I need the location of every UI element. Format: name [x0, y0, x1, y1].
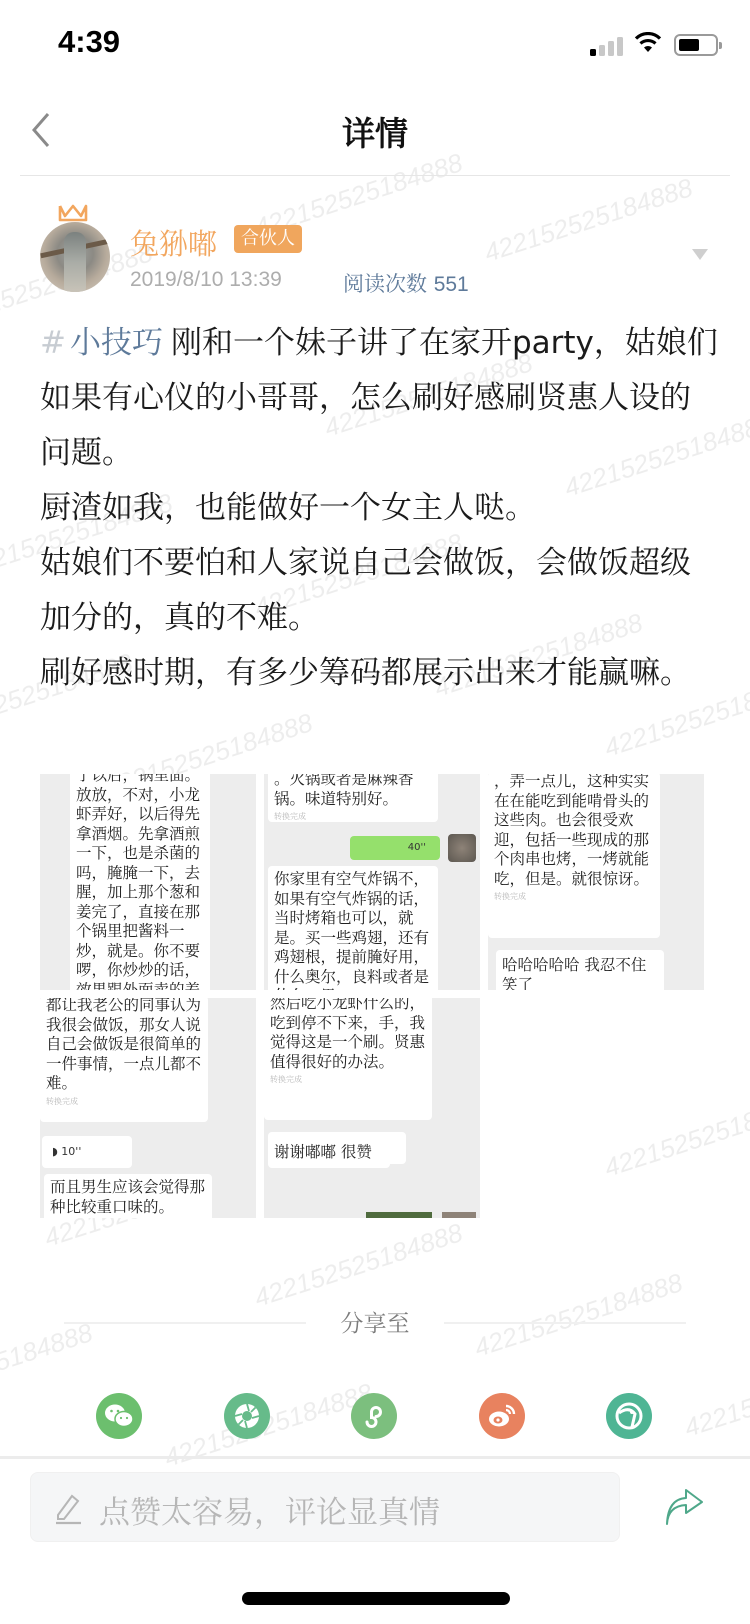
post-paragraph: 厨渣如我，也能做好一个女主人哒。 — [40, 481, 720, 536]
page-title: 详情 — [0, 108, 750, 155]
chat-screenshot-1[interactable]: 了以后，锅里面。放放，不对，小龙虾弄好，以后得先拿酒烟。先拿酒煎一下，也是杀菌的… — [40, 774, 256, 990]
chat-screenshot-3[interactable]: ，弄一点儿，这种实实在在能吃到能啃骨头的这些肉。也会很受欢迎，包括一些现成的那个… — [488, 774, 704, 990]
wechat-icon — [104, 1403, 134, 1429]
post-paragraph: 姑娘们不要怕和人家说自己会做饭，会做饭超级加分的，真的不难。 — [40, 536, 720, 646]
topic-link[interactable]: 小技巧 — [70, 325, 163, 361]
more-options-caret-icon[interactable] — [692, 249, 708, 260]
read-count-label: 阅读次数 — [343, 272, 427, 296]
voice-message-sent: 40'' — [350, 836, 440, 860]
divider — [0, 1456, 750, 1459]
mini-program-icon — [361, 1402, 387, 1430]
divider — [20, 175, 730, 176]
avatar[interactable] — [40, 222, 110, 292]
chat-bubble: 谢谢嘟嘟 很赞 — [268, 1136, 390, 1168]
share-wechat-button[interactable] — [96, 1393, 142, 1439]
comment-input[interactable]: 点赞太容易，评论显真情 — [30, 1472, 620, 1542]
pencil-icon — [53, 1491, 83, 1525]
post-paragraph: #小技巧刚和一个妹子讲了在家开party，姑娘们如果有心仪的小哥哥，怎么刷好感刷… — [40, 316, 720, 481]
weibo-icon — [487, 1403, 517, 1429]
share-other-app-button[interactable] — [606, 1393, 652, 1439]
forward-button[interactable] — [664, 1486, 704, 1530]
watermark: 422152525184888 — [481, 172, 697, 269]
camera-shutter-icon — [232, 1401, 262, 1431]
chat-avatar — [442, 1212, 476, 1218]
watermark: 422152525184888 — [601, 1087, 750, 1184]
share-label: 分享至 — [0, 1305, 750, 1338]
share-weibo-button[interactable] — [479, 1393, 525, 1439]
image-thumb — [366, 1212, 432, 1218]
share-mini-program-button[interactable] — [351, 1393, 397, 1439]
chat-screenshot-4[interactable]: 都让我老公的同事认为我很会做饭，那女人说自己会做饭是很简单的一件事情，一点儿都不… — [40, 998, 256, 1218]
home-indicator[interactable] — [242, 1592, 510, 1605]
partner-badge: 合伙人 — [234, 225, 302, 253]
chat-screenshot-2[interactable]: 。火锅或者是麻辣香锅。味道特别好。 转换完成 40'' 你家里有空气炸锅不，如果… — [264, 774, 480, 990]
speaker-icon: ◗ — [52, 1145, 61, 1158]
voice-message-received: ◗ 10'' — [42, 1136, 132, 1168]
watermark: 422152525184888 — [251, 1217, 467, 1314]
wifi-icon — [634, 32, 662, 58]
read-count: 阅读次数 551 — [343, 268, 469, 298]
read-count-value: 551 — [434, 273, 469, 296]
share-moments-button[interactable] — [224, 1393, 270, 1439]
watermark: 422152525184888 — [681, 1347, 750, 1444]
watermark: 422152525184888 — [161, 1377, 377, 1474]
status-time: 4:39 — [58, 24, 120, 60]
forward-arrow-icon — [664, 1486, 704, 1526]
post-date: 2019/8/10 13:39 — [130, 268, 282, 292]
chat-avatar — [448, 834, 476, 862]
hashtag-icon: # — [40, 325, 66, 361]
chat-screenshot-5[interactable]: 然后吃小龙虾什么的，吃到停不下来，手，我觉得这是一个刷。贤惠值得很好的办法。 转… — [264, 998, 480, 1218]
author-name[interactable]: 兔狲嘟 — [130, 222, 217, 263]
comment-placeholder: 点赞太容易，评论显真情 — [99, 1487, 440, 1532]
signal-icon — [590, 36, 624, 56]
post-paragraph: 刷好感时期，有多少筹码都展示出来才能赢嘛。 — [40, 646, 720, 701]
post-body: #小技巧刚和一个妹子讲了在家开party，姑娘们如果有心仪的小哥哥，怎么刷好感刷… — [40, 316, 720, 701]
app-logo-icon — [613, 1400, 645, 1432]
battery-icon — [674, 34, 718, 56]
